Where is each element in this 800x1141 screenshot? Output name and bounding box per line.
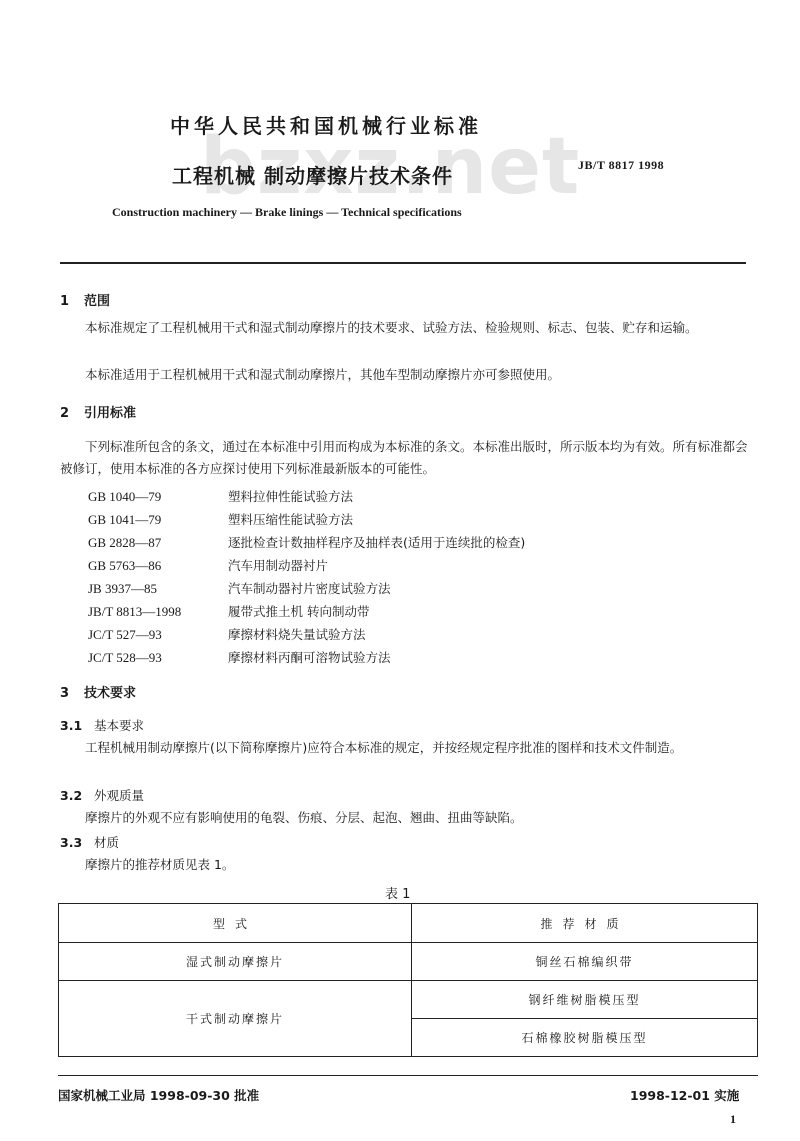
reference-title: 摩擦材料丙酮可溶物试验方法 (228, 646, 391, 669)
materials-table: 型式 推荐材质 湿式制动摩擦片 铜丝石棉编织带 干式制动摩擦片 钢纤维树脂模压型… (58, 903, 758, 1057)
section-1-paragraph-2: 本标准适用于工程机械用干式和湿式制动摩擦片，其他车型制动摩擦片亦可参照使用。 (60, 364, 750, 386)
table-caption: 表 1 (385, 883, 410, 902)
reference-title: 逐批检查计数抽样程序及抽样表(适用于连续批的检查) (228, 531, 525, 554)
section-number: 3 (60, 686, 84, 701)
reference-item: GB 1040—79塑料拉伸性能试验方法 (88, 485, 525, 508)
document-title: 工程机械 制动摩擦片技术条件 (172, 160, 453, 189)
reference-item: JB 3937—85汽车制动器衬片密度试验方法 (88, 577, 525, 600)
reference-title: 塑料压缩性能试验方法 (228, 508, 353, 531)
reference-title: 履带式推土机 转向制动带 (228, 600, 369, 623)
reference-code: GB 2828—87 (88, 531, 228, 554)
reference-code: GB 5763—86 (88, 554, 228, 577)
effective-date: 1998-12-01 实施 (630, 1086, 739, 1104)
reference-code: JC/T 528—93 (88, 646, 228, 669)
section-2-heading: 2引用标准 (60, 402, 136, 421)
header-type: 型式 (59, 904, 412, 943)
reference-code: JB/T 8813—1998 (88, 600, 228, 623)
reference-title: 塑料拉伸性能试验方法 (228, 485, 353, 508)
reference-item: GB 2828—87逐批检查计数抽样程序及抽样表(适用于连续批的检查) (88, 531, 525, 554)
subsection-3-3-heading: 3.3材质 (60, 833, 119, 851)
subsection-3-1-paragraph: 工程机械用制动摩擦片(以下简称摩擦片)应符合本标准的规定，并按经规定程序批准的图… (60, 737, 750, 759)
cell-type: 干式制动摩擦片 (59, 981, 412, 1057)
subsection-3-2-heading: 3.2外观质量 (60, 786, 144, 804)
section-3-heading: 3技术要求 (60, 682, 136, 701)
subsection-title: 材质 (94, 835, 119, 850)
table-header-row: 型式 推荐材质 (59, 904, 758, 943)
section-number: 2 (60, 406, 84, 421)
reference-item: JC/T 528—93摩擦材料丙酮可溶物试验方法 (88, 646, 525, 669)
document-title-english: Construction machinery — Brake linings —… (112, 205, 462, 220)
subsection-title: 基本要求 (94, 718, 144, 733)
table-row: 湿式制动摩擦片 铜丝石棉编织带 (59, 943, 758, 981)
table-row: 干式制动摩擦片 钢纤维树脂模压型 (59, 981, 758, 1019)
subsection-number: 3.3 (60, 835, 94, 850)
reference-code: JC/T 527—93 (88, 623, 228, 646)
section-1-heading: 1范围 (60, 290, 110, 309)
reference-title: 汽车制动器衬片密度试验方法 (228, 577, 391, 600)
section-title: 技术要求 (84, 686, 136, 701)
footer-divider (58, 1075, 758, 1076)
cell-material: 钢纤维树脂模压型 (412, 981, 758, 1019)
header-divider (60, 262, 746, 264)
subsection-3-3-paragraph: 摩擦片的推荐材质见表 1。 (60, 854, 750, 876)
reference-code: JB 3937—85 (88, 577, 228, 600)
section-title: 范围 (84, 294, 110, 309)
approval-date: 国家机械工业局 1998-09-30 批准 (58, 1086, 259, 1104)
reference-item: JB/T 8813—1998履带式推土机 转向制动带 (88, 600, 525, 623)
reference-item: GB 1041—79塑料压缩性能试验方法 (88, 508, 525, 531)
reference-title: 汽车用制动器衬片 (228, 554, 328, 577)
standard-code: JB/T 8817 1998 (578, 158, 664, 173)
issuing-org-heading: 中华人民共和国机械行业标准 (170, 110, 482, 139)
section-1-paragraph-1: 本标准规定了工程机械用干式和湿式制动摩擦片的技术要求、试验方法、检验规则、标志、… (60, 317, 750, 339)
subsection-title: 外观质量 (94, 788, 144, 803)
cell-material: 石棉橡胶树脂模压型 (412, 1019, 758, 1057)
reference-code: GB 1041—79 (88, 508, 228, 531)
reference-item: JC/T 527—93摩擦材料烧失量试验方法 (88, 623, 525, 646)
cell-type: 湿式制动摩擦片 (59, 943, 412, 981)
section-title: 引用标准 (84, 406, 136, 421)
reference-list: GB 1040—79塑料拉伸性能试验方法 GB 1041—79塑料压缩性能试验方… (88, 485, 525, 669)
section-number: 1 (60, 294, 84, 309)
section-2-paragraph: 下列标准所包含的条文，通过在本标准中引用而构成为本标准的条文。本标准出版时，所示… (60, 436, 750, 480)
reference-title: 摩擦材料烧失量试验方法 (228, 623, 366, 646)
subsection-number: 3.1 (60, 718, 94, 733)
header-materials: 推荐材质 (412, 904, 758, 943)
subsection-3-1-heading: 3.1基本要求 (60, 716, 144, 734)
subsection-number: 3.2 (60, 788, 94, 803)
page-number: 1 (730, 1112, 736, 1127)
cell-material: 铜丝石棉编织带 (412, 943, 758, 981)
reference-code: GB 1040—79 (88, 485, 228, 508)
reference-item: GB 5763—86汽车用制动器衬片 (88, 554, 525, 577)
subsection-3-2-paragraph: 摩擦片的外观不应有影响使用的龟裂、伤痕、分层、起泡、翘曲、扭曲等缺陷。 (60, 807, 750, 829)
